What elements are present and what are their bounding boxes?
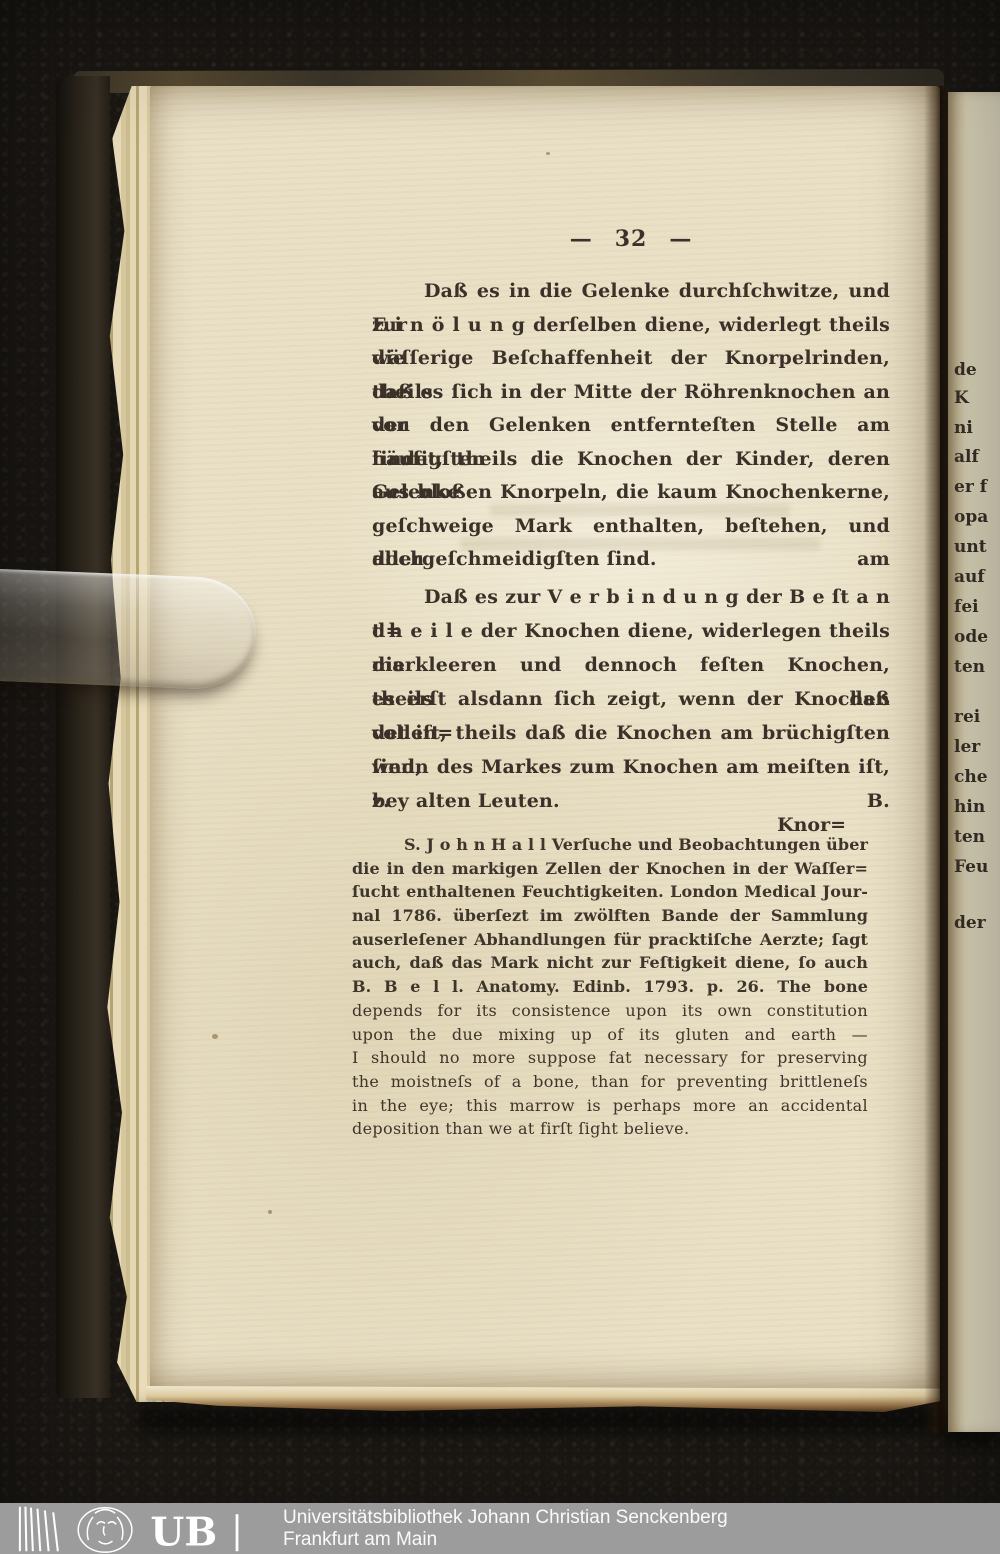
text-line: aus bloßen Knorpeln, die kaum Knochenker… [372,476,890,510]
footnote: S. J o h n H a l l Verſuche und Beobacht… [352,833,868,1141]
fragment-text: ode [954,627,988,647]
foxing-speck [268,1210,272,1214]
banner-institution: Universitätsbibliothek Johann Christian … [283,1507,728,1529]
book-page: —32— Daß es in die Gelenke durchſchwitze… [150,86,940,1390]
facing-page-sliver: de K ni alf er f opa unt auf fei ode ten… [948,92,1000,1432]
page-number: 32 [615,226,648,252]
book-cover-left-edge [56,76,110,1398]
fragment-text: ni [954,418,973,438]
text-line: E i n ö l u n g derſelben diene, widerle… [372,309,890,343]
fragment-text: Feu [954,857,988,877]
text-line: det iſt, theils daß die Knochen am brüch… [372,716,890,750]
transparent-page-holder [0,569,258,691]
fragment-text: er f [954,477,987,497]
ub-library-logo: UB [6,1504,256,1554]
fragment-text: hin [954,797,985,817]
fragment-text: fei [954,597,979,617]
paragraph-1: Daß es in die Gelenke durchſchwitze, und… [372,275,890,577]
fragment-text: rei [954,707,980,727]
footnote-line: auch, daß das Mark nicht zur Feſtigkeit … [352,951,868,975]
footnote-line: die in den markigen Zellen der Knochen i… [352,857,868,881]
text-line: daß es ſich in der Mitte der Röhrenknoch… [372,376,890,410]
text-line: t h e i l e der Knochen diene, widerlege… [372,614,890,648]
book-gutter-shadow [924,86,950,1434]
text-line: markleeren und dennoch feſten Knochen, t… [372,648,890,682]
fragment-text: auf [954,567,985,587]
footnote-line: I should no more suppose fat necessary f… [352,1046,868,1070]
text-line: es erſt alsdann ſich zeigt, wenn der Kno… [372,682,890,716]
fragment-text: ten [954,827,985,847]
paragraph-2: Daß es zur V e r b i n d u n g der B e ſ… [372,580,890,818]
fragment-text: ler [954,737,980,757]
fragment-text: alf [954,447,979,467]
ub-logo-text: UB [150,1510,217,1554]
footnote-line: upon the due mixing up of its gluten and… [352,1023,868,1047]
fragment-text: de [954,360,977,380]
footnote-line: nal 1786. überſezt im zwölften Bande der… [352,904,868,928]
text-line: von den Gelenken entfernteſten Stelle am… [372,409,890,443]
fragment-text: che [954,767,988,787]
footnote-line: ſucht enthaltenen Feuchtigkeiten. London… [352,880,868,904]
footnote-line: S. J o h n H a l l Verſuche und Beobacht… [352,833,868,857]
text-line: Daß es zur V e r b i n d u n g der B e ſ… [372,580,890,614]
book-scan-viewport: —32— Daß es in die Gelenke durchſchwitze… [0,0,1000,1554]
footnote-line: depends for its consistence upon its own… [352,999,868,1023]
page-header: —32— [372,224,890,254]
footnote-line: in the eye; this marrow is perhaps more … [352,1094,868,1118]
text-line: Daß es in die Gelenke durchſchwitze, und… [372,275,890,309]
footnote-line: B. B e l l. Anatomy. Edinb. 1793. p. 26.… [352,975,868,999]
fragment-text: ten [954,657,985,677]
banner-city: Frankfurt am Main [283,1529,728,1551]
text-line: wäſſerige Beſchaffenheit der Knorpelrind… [372,342,890,376]
fragment-text: unt [954,537,987,557]
header-dash-left: — [570,226,593,252]
library-banner: UB Universitätsbibliothek Johann Christi… [0,1503,1000,1554]
fragment-text: der [954,913,986,933]
footnote-line: auserleſener Abhandlungen für pracktiſch… [352,928,868,952]
header-dash-right: — [669,226,692,252]
fragment-text: K [954,388,969,408]
text-line: geſchweige Mark enthalten, beſtehen, und… [372,510,890,544]
footnote-line: the moistneſs of a bone, than for preven… [352,1070,868,1094]
banner-text: Universitätsbibliothek Johann Christian … [283,1507,728,1551]
foxing-speck [212,1034,218,1039]
fragment-text: opa [954,507,988,527]
text-line: findet, theils die Knochen der Kinder, d… [372,443,890,477]
text-line: wenn des Markes zum Knochen am meiſten i… [372,750,890,784]
foxing-speck [546,152,550,155]
footnote-line: deposition than we at firſt ſight believ… [352,1117,868,1141]
